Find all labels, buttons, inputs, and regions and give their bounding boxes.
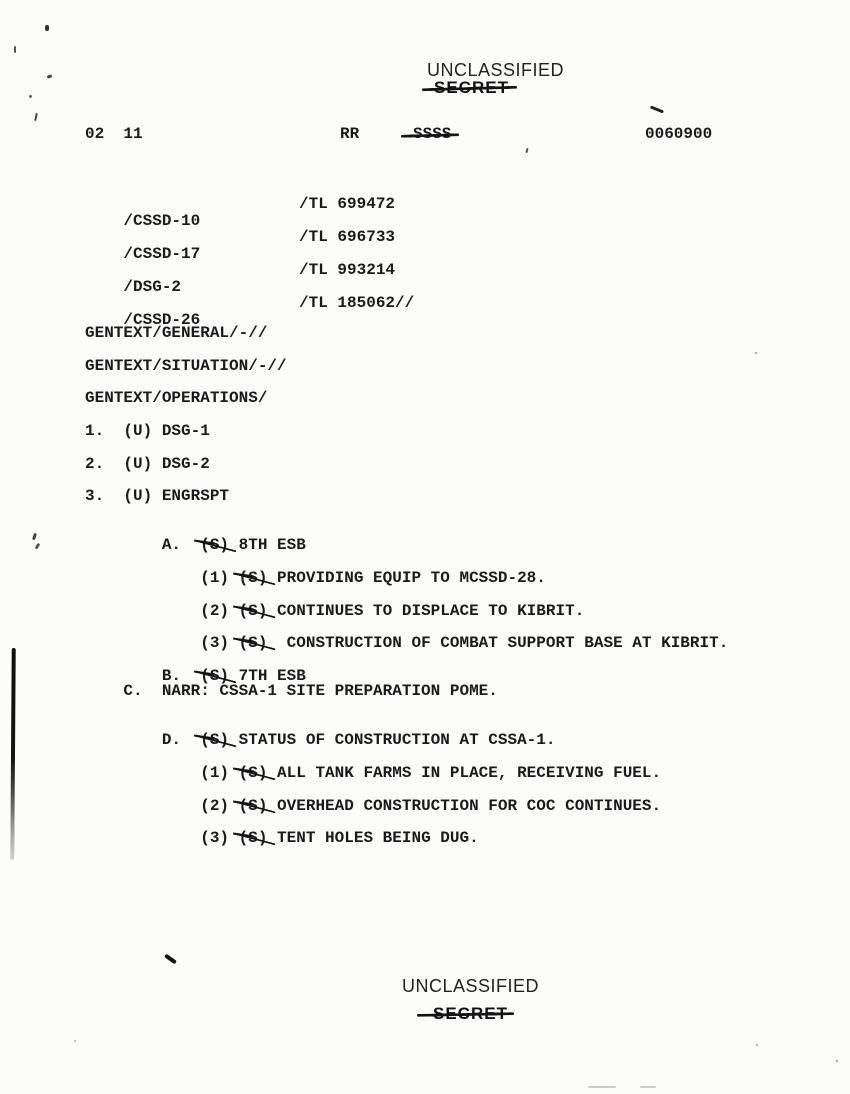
- scan-speck: [345, 645, 347, 647]
- item-3c: C. NARR: CSSA-1 SITE PREPARATION POME.: [85, 683, 498, 700]
- scan-stray-mark: [32, 533, 37, 540]
- address-plad: /DSG-2: [123, 278, 181, 296]
- item-prefix: (1): [123, 569, 238, 587]
- address-tl: /TL 993214: [299, 262, 395, 279]
- address-tl: /TL 185062//: [299, 295, 414, 312]
- top-unclassified-stamp: UNCLASSIFIED: [427, 61, 564, 79]
- routing-precedence: RR: [340, 126, 359, 143]
- item-3: 3. (U) ENGRSPT: [85, 488, 229, 505]
- scan-speck: [45, 25, 49, 31]
- routing-dtg: 0060900: [645, 126, 712, 143]
- top-secret-struck-stamp: SECRET: [434, 79, 509, 97]
- ssss-strikethrough: SSSS: [413, 126, 451, 143]
- address-tl: /TL 699472: [299, 196, 395, 213]
- item-3d3: (3) (S) TENT HOLES BEING DUG.: [85, 813, 479, 864]
- scan-speck: [74, 1040, 76, 1042]
- classification-mark-struck: (S): [200, 731, 229, 749]
- address-tl: /TL 696733: [299, 229, 395, 246]
- address-plad: /CSSD-10: [123, 212, 200, 230]
- gentext-general: GENTEXT/GENERAL/-//: [85, 325, 267, 342]
- item-2: 2. (U) DSG-2: [85, 456, 210, 473]
- routing-group: 02 11: [85, 126, 143, 143]
- classification-mark-struck: (S): [239, 569, 268, 587]
- item-text: TENT HOLES BEING DUG.: [267, 829, 478, 847]
- gentext-operations: GENTEXT/OPERATIONS/: [85, 390, 267, 407]
- classification-mark-struck: (S): [239, 829, 268, 847]
- item-prefix: (1): [123, 764, 238, 782]
- item-1: 1. (U) DSG-1: [85, 423, 210, 440]
- scan-stray-mark: [35, 543, 40, 549]
- scan-speck: [29, 95, 32, 98]
- item-prefix: (3): [123, 829, 238, 847]
- classification-mark-struck: (S): [239, 634, 268, 652]
- item-text: STATUS OF CONSTRUCTION AT CSSA-1.: [229, 731, 555, 749]
- routing-classification: SSSS: [413, 126, 451, 143]
- scan-speck: [755, 352, 757, 354]
- item-text: 8TH ESB: [229, 536, 306, 554]
- scan-stray-mark: [650, 105, 664, 113]
- item-text: CONSTRUCTION OF COMBAT SUPPORT BASE AT K…: [267, 634, 728, 652]
- gentext-situation: GENTEXT/SITUATION/-//: [85, 358, 287, 375]
- scan-speck: [34, 113, 38, 121]
- secret-strikethrough: SECRET: [433, 1005, 508, 1023]
- classification-mark-struck: (S): [200, 536, 229, 554]
- classification-mark-struck: (S): [239, 764, 268, 782]
- scan-stray-mark: [164, 954, 177, 965]
- address-plad: /CSSD-17: [123, 245, 200, 263]
- bottom-secret-struck-stamp: SECRET: [433, 1005, 508, 1023]
- scan-speck: [640, 1086, 656, 1088]
- item-prefix: (3): [123, 634, 238, 652]
- item-prefix: D.: [123, 731, 200, 749]
- item-text: ALL TANK FARMS IN PLACE, RECEIVING FUEL.: [267, 764, 661, 782]
- scan-speck: [588, 1086, 616, 1088]
- scan-fold-line: [10, 648, 15, 860]
- scan-speck: [836, 1060, 838, 1062]
- scan-speck: [47, 74, 53, 79]
- scan-speck: [756, 1044, 758, 1046]
- bottom-unclassified-stamp: UNCLASSIFIED: [402, 977, 539, 995]
- item-text: PROVIDING EQUIP TO MCSSD-28.: [267, 569, 545, 587]
- secret-strikethrough: SECRET: [434, 79, 509, 97]
- document-page: UNCLASSIFIED SECRET 02 11 RR SSSS 006090…: [0, 0, 850, 1094]
- scan-speck: [14, 46, 16, 53]
- item-prefix: A.: [123, 536, 200, 554]
